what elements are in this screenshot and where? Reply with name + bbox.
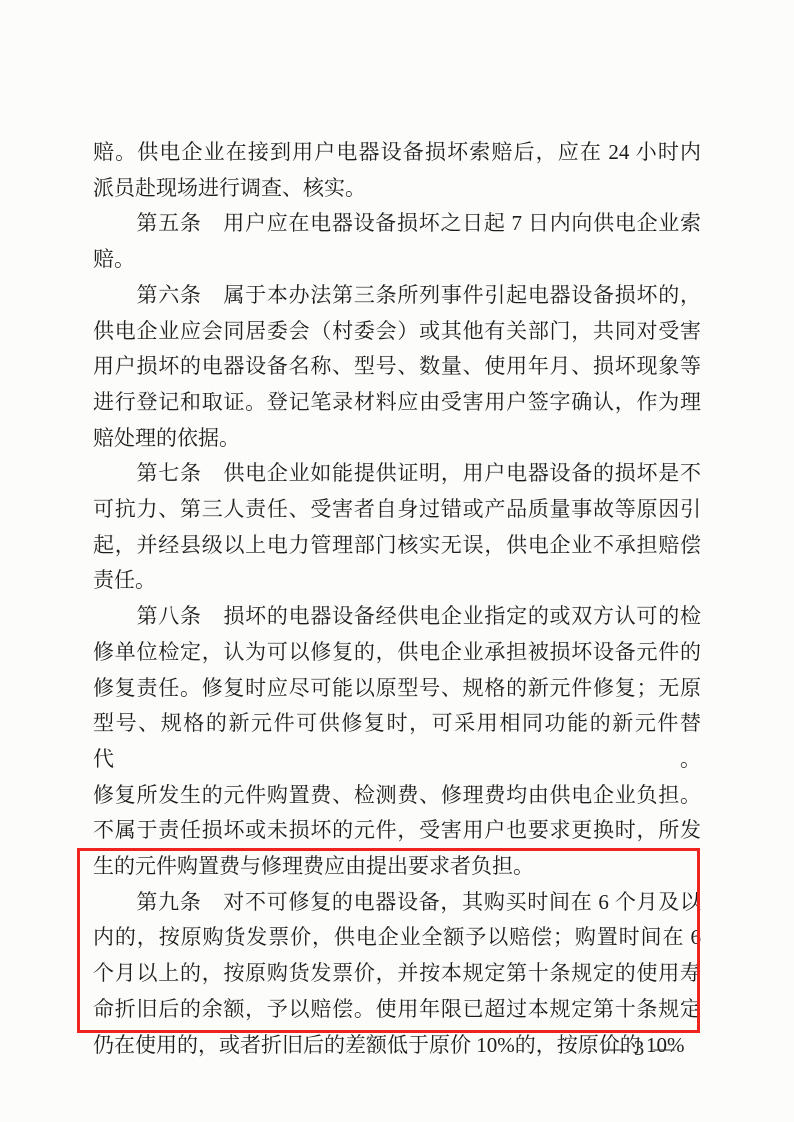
text-line: 第九条 对不可修复的电器设备，其购买时间在 6 个月及以 xyxy=(93,885,701,921)
text-line: 命折旧后的余额，予以赔偿。使用年限已超过本规定第十条规定 xyxy=(93,992,701,1028)
text-line: 起，并经县级以上电力管理部门核实无误，供电企业不承担赔偿 xyxy=(93,528,701,564)
paragraph-article-7: 第七条 供电企业如能提供证明，用户电器设备的损坏是不可抗力、第三人责任、受害者自… xyxy=(93,456,701,599)
text-line: 第八条 损坏的电器设备经供电企业指定的或双方认可的检 xyxy=(93,599,701,635)
paragraph-article-5: 第五条 用户应在电器设备损坏之日起 7 日内向供电企业索赔。 xyxy=(93,206,701,277)
text-line: 赔处理的依据。 xyxy=(93,421,701,457)
text-line: 供电企业应会同居委会（村委会）或其他有关部门，共同对受害 xyxy=(93,314,701,350)
document-text-block: 赔。供电企业在接到用户电器设备损坏索赔后，应在 24 小时内派员赴现场进行调查、… xyxy=(93,135,701,1063)
text-line: 修复责任。修复时应尽可能以原型号、规格的新元件修复；无原 xyxy=(93,671,701,707)
document-page: 赔。供电企业在接到用户电器设备损坏索赔后，应在 24 小时内派员赴现场进行调查、… xyxy=(0,0,794,1122)
page-number: — 3 — xyxy=(598,1036,682,1061)
text-line: 赔。 xyxy=(93,242,701,278)
paragraph-article-4-continuation: 赔。供电企业在接到用户电器设备损坏索赔后，应在 24 小时内派员赴现场进行调查、… xyxy=(93,135,701,206)
text-line: 责任。 xyxy=(93,563,701,599)
text-line: 修复所发生的元件购置费、检测费、修理费均由供电企业负担。 xyxy=(93,778,701,814)
text-line: 第六条 属于本办法第三条所列事件引起电器设备损坏的， xyxy=(93,278,701,314)
text-line: 型号、规格的新元件可供修复时，可采用相同功能的新元件替代。 xyxy=(93,706,701,777)
text-line: 内的，按原购货发票价，供电企业全额予以赔偿；购置时间在 6 xyxy=(93,920,701,956)
text-line: 进行登记和取证。登记笔录材料应由受害用户签字确认，作为理 xyxy=(93,385,701,421)
text-line: 修单位检定，认为可以修复的，供电企业承担被损坏设备元件的 xyxy=(93,635,701,671)
text-line: 第七条 供电企业如能提供证明，用户电器设备的损坏是不 xyxy=(93,456,701,492)
text-line: 可抗力、第三人责任、受害者自身过错或产品质量事故等原因引 xyxy=(93,492,701,528)
text-line: 赔。供电企业在接到用户电器设备损坏索赔后，应在 24 小时内 xyxy=(93,135,701,171)
text-line: 不属于责任损坏或未损坏的元件，受害用户也要求更换时，所发 xyxy=(93,813,701,849)
text-line: 个月以上的，按原购货发票价，并按本规定第十条规定的使用寿 xyxy=(93,956,701,992)
paragraph-article-8: 第八条 损坏的电器设备经供电企业指定的或双方认可的检修单位检定，认为可以修复的，… xyxy=(93,599,701,885)
text-line: 派员赴现场进行调查、核实。 xyxy=(93,171,701,207)
text-line: 用户损坏的电器设备名称、型号、数量、使用年月、损坏现象等 xyxy=(93,349,701,385)
paragraph-article-6: 第六条 属于本办法第三条所列事件引起电器设备损坏的，供电企业应会同居委会（村委会… xyxy=(93,278,701,457)
text-line: 第五条 用户应在电器设备损坏之日起 7 日内向供电企业索 xyxy=(93,206,701,242)
text-line: 生的元件购置费与修理费应由提出要求者负担。 xyxy=(93,849,701,885)
